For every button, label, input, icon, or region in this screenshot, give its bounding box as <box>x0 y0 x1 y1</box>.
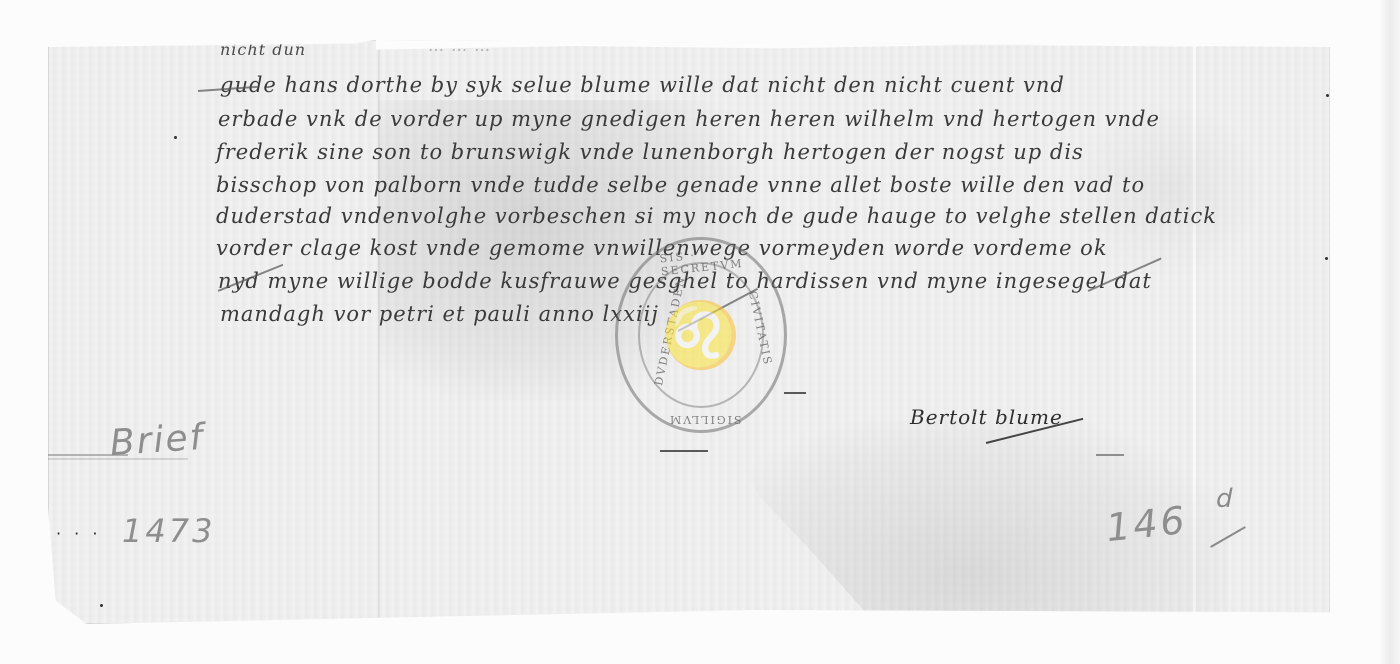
paper-sheet: nicht dun … … … gude hans dorthe by syk … <box>48 40 1330 624</box>
document-scan: nicht dun … … … gude hans dorthe by syk … <box>0 0 1400 664</box>
letter-line: duderstad vndenvolghe vorbeschen si my n… <box>216 204 1217 228</box>
archive-suffix-stroke <box>1210 526 1246 548</box>
ink-dash <box>784 392 806 394</box>
signature: Bertolt blume <box>910 405 1063 429</box>
ink-dash <box>1096 454 1124 456</box>
lion-icon: ♌ <box>658 288 744 384</box>
archive-seal-stamp: SIS · SECRETVM DVDERSTADEN CIVITATIS SIG… <box>615 237 787 433</box>
ink-speck <box>174 136 177 139</box>
pencil-label: Brief <box>109 417 206 464</box>
ink-speck <box>1326 94 1329 97</box>
archive-number: 146 <box>1104 498 1190 550</box>
pencil-year: 1473 <box>122 512 215 550</box>
pencil-underline <box>48 454 128 456</box>
letter-line: erbade vnk de vorder up myne gnedigen he… <box>218 107 1160 131</box>
archive-number-suffix: d <box>1216 484 1233 514</box>
letter-line: gude hans dorthe by syk selue blume will… <box>220 73 1065 97</box>
ink-speck <box>1325 257 1328 260</box>
ink-speck <box>100 604 103 607</box>
seal-text-bottom: SIGILLVM <box>668 413 742 426</box>
torn-edge <box>376 40 1376 52</box>
fold-line <box>1193 40 1196 624</box>
letter-partial-line-faded: … … … <box>428 36 491 55</box>
letter-line: bisschop von palborn vnde tudde selbe ge… <box>216 173 1145 197</box>
letter-line: mandagh vor petri et pauli anno lxxiij <box>220 302 659 326</box>
letter-partial-line: nicht dun <box>220 40 306 59</box>
margin-dots: · · · <box>56 524 101 543</box>
ink-dash <box>660 450 708 452</box>
letter-line: frederik sine son to brunswigk vnde lune… <box>216 140 1084 164</box>
scanner-edge <box>1380 0 1400 664</box>
